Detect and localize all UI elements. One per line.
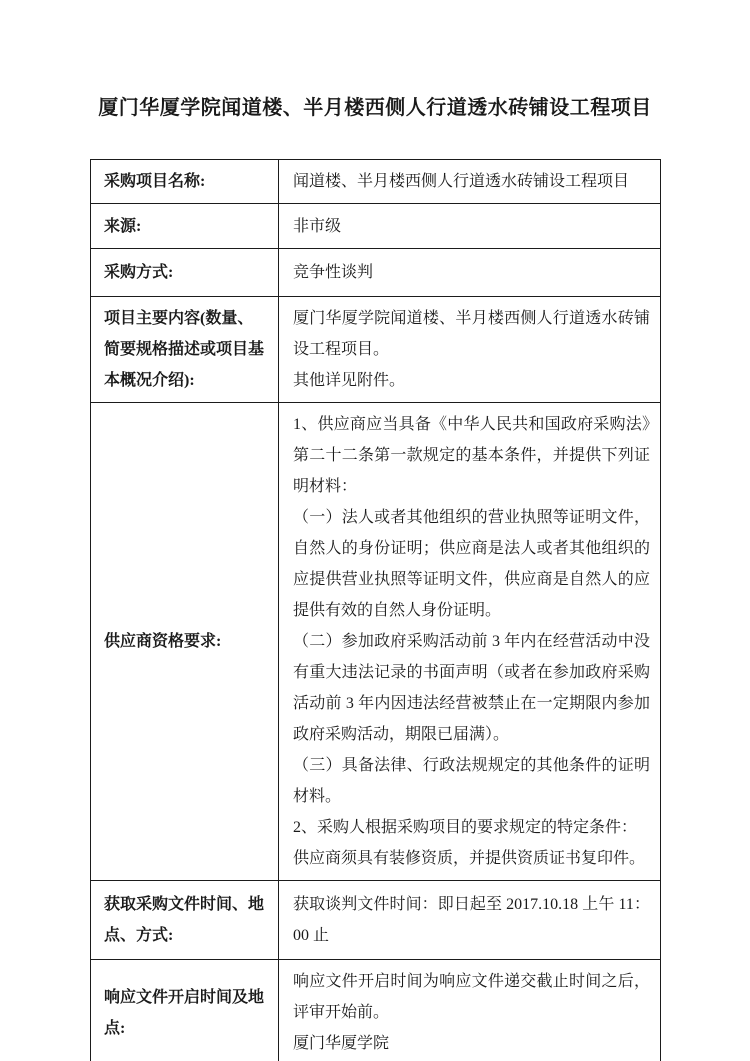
table-row: 供应商资格要求: 1、供应商应当具备《中华人民共和国政府采购法》第二十二条第一款… xyxy=(91,403,661,881)
paragraph: 2、采购人根据采购项目的要求规定的特定条件： xyxy=(293,812,650,843)
paragraph: （一）法人或者其他组织的营业执照等证明文件，自然人的身份证明；供应商是法人或者其… xyxy=(293,502,650,626)
paragraph: 其他详见附件。 xyxy=(293,365,650,396)
paragraph: 厦门华厦学院闻道楼、半月楼西侧人行道透水砖铺设工程项目。 xyxy=(293,303,650,365)
paragraph: （三）具备法律、行政法规规定的其他条件的证明材料。 xyxy=(293,750,650,812)
paragraph: 响应文件开启时间为响应文件递交截止时间之后，评审开始前。 xyxy=(293,966,650,1028)
table-row: 来源: 非市级 xyxy=(91,204,661,249)
row-label: 项目主要内容(数量、简要规格描述或项目基本概况介绍): xyxy=(91,297,279,403)
paragraph: 供应商须具有装修资质，并提供资质证书复印件。 xyxy=(293,843,650,874)
table-row: 采购方式: 竞争性谈判 xyxy=(91,249,661,297)
table-row: 获取采购文件时间、地点、方式: 获取谈判文件时间：即日起至 2017.10.18… xyxy=(91,881,661,960)
paragraph: 1、供应商应当具备《中华人民共和国政府采购法》第二十二条第一款规定的基本条件，并… xyxy=(293,409,650,502)
paragraph: （二）参加政府采购活动前 3 年内在经营活动中没有重大违法记录的书面声明（或者在… xyxy=(293,626,650,750)
row-content: 竞争性谈判 xyxy=(279,249,661,297)
row-content: 非市级 xyxy=(279,204,661,249)
row-label: 来源: xyxy=(91,204,279,249)
paragraph: 厦门华厦学院 xyxy=(293,1028,650,1059)
paragraph: 闻道楼、半月楼西侧人行道透水砖铺设工程项目 xyxy=(293,166,650,197)
table-row: 项目主要内容(数量、简要规格描述或项目基本概况介绍): 厦门华厦学院闻道楼、半月… xyxy=(91,297,661,403)
row-label: 采购方式: xyxy=(91,249,279,297)
row-label: 供应商资格要求: xyxy=(91,403,279,881)
row-content: 响应文件开启时间为响应文件递交截止时间之后，评审开始前。厦门华厦学院 xyxy=(279,960,661,1061)
row-content: 获取谈判文件时间：即日起至 2017.10.18 上午 11：00 止 xyxy=(279,881,661,960)
row-label: 响应文件开启时间及地点: xyxy=(91,960,279,1061)
paragraph: 获取谈判文件时间：即日起至 2017.10.18 上午 11：00 止 xyxy=(293,889,650,951)
page-title: 厦门华厦学院闻道楼、半月楼西侧人行道透水砖铺设工程项目 xyxy=(0,95,750,121)
paragraph: 竞争性谈判 xyxy=(293,257,650,288)
row-label: 采购项目名称: xyxy=(91,160,279,204)
procurement-table: 采购项目名称: 闻道楼、半月楼西侧人行道透水砖铺设工程项目 来源: 非市级 采购… xyxy=(90,159,661,1061)
row-content: 厦门华厦学院闻道楼、半月楼西侧人行道透水砖铺设工程项目。其他详见附件。 xyxy=(279,297,661,403)
paragraph: 非市级 xyxy=(293,211,650,242)
table-row: 采购项目名称: 闻道楼、半月楼西侧人行道透水砖铺设工程项目 xyxy=(91,160,661,204)
row-label: 获取采购文件时间、地点、方式: xyxy=(91,881,279,960)
table-row: 响应文件开启时间及地点: 响应文件开启时间为响应文件递交截止时间之后，评审开始前… xyxy=(91,960,661,1061)
document-page: 厦门华厦学院闻道楼、半月楼西侧人行道透水砖铺设工程项目 采购项目名称: 闻道楼、… xyxy=(0,0,750,1061)
row-content: 闻道楼、半月楼西侧人行道透水砖铺设工程项目 xyxy=(279,160,661,204)
row-content: 1、供应商应当具备《中华人民共和国政府采购法》第二十二条第一款规定的基本条件，并… xyxy=(279,403,661,881)
